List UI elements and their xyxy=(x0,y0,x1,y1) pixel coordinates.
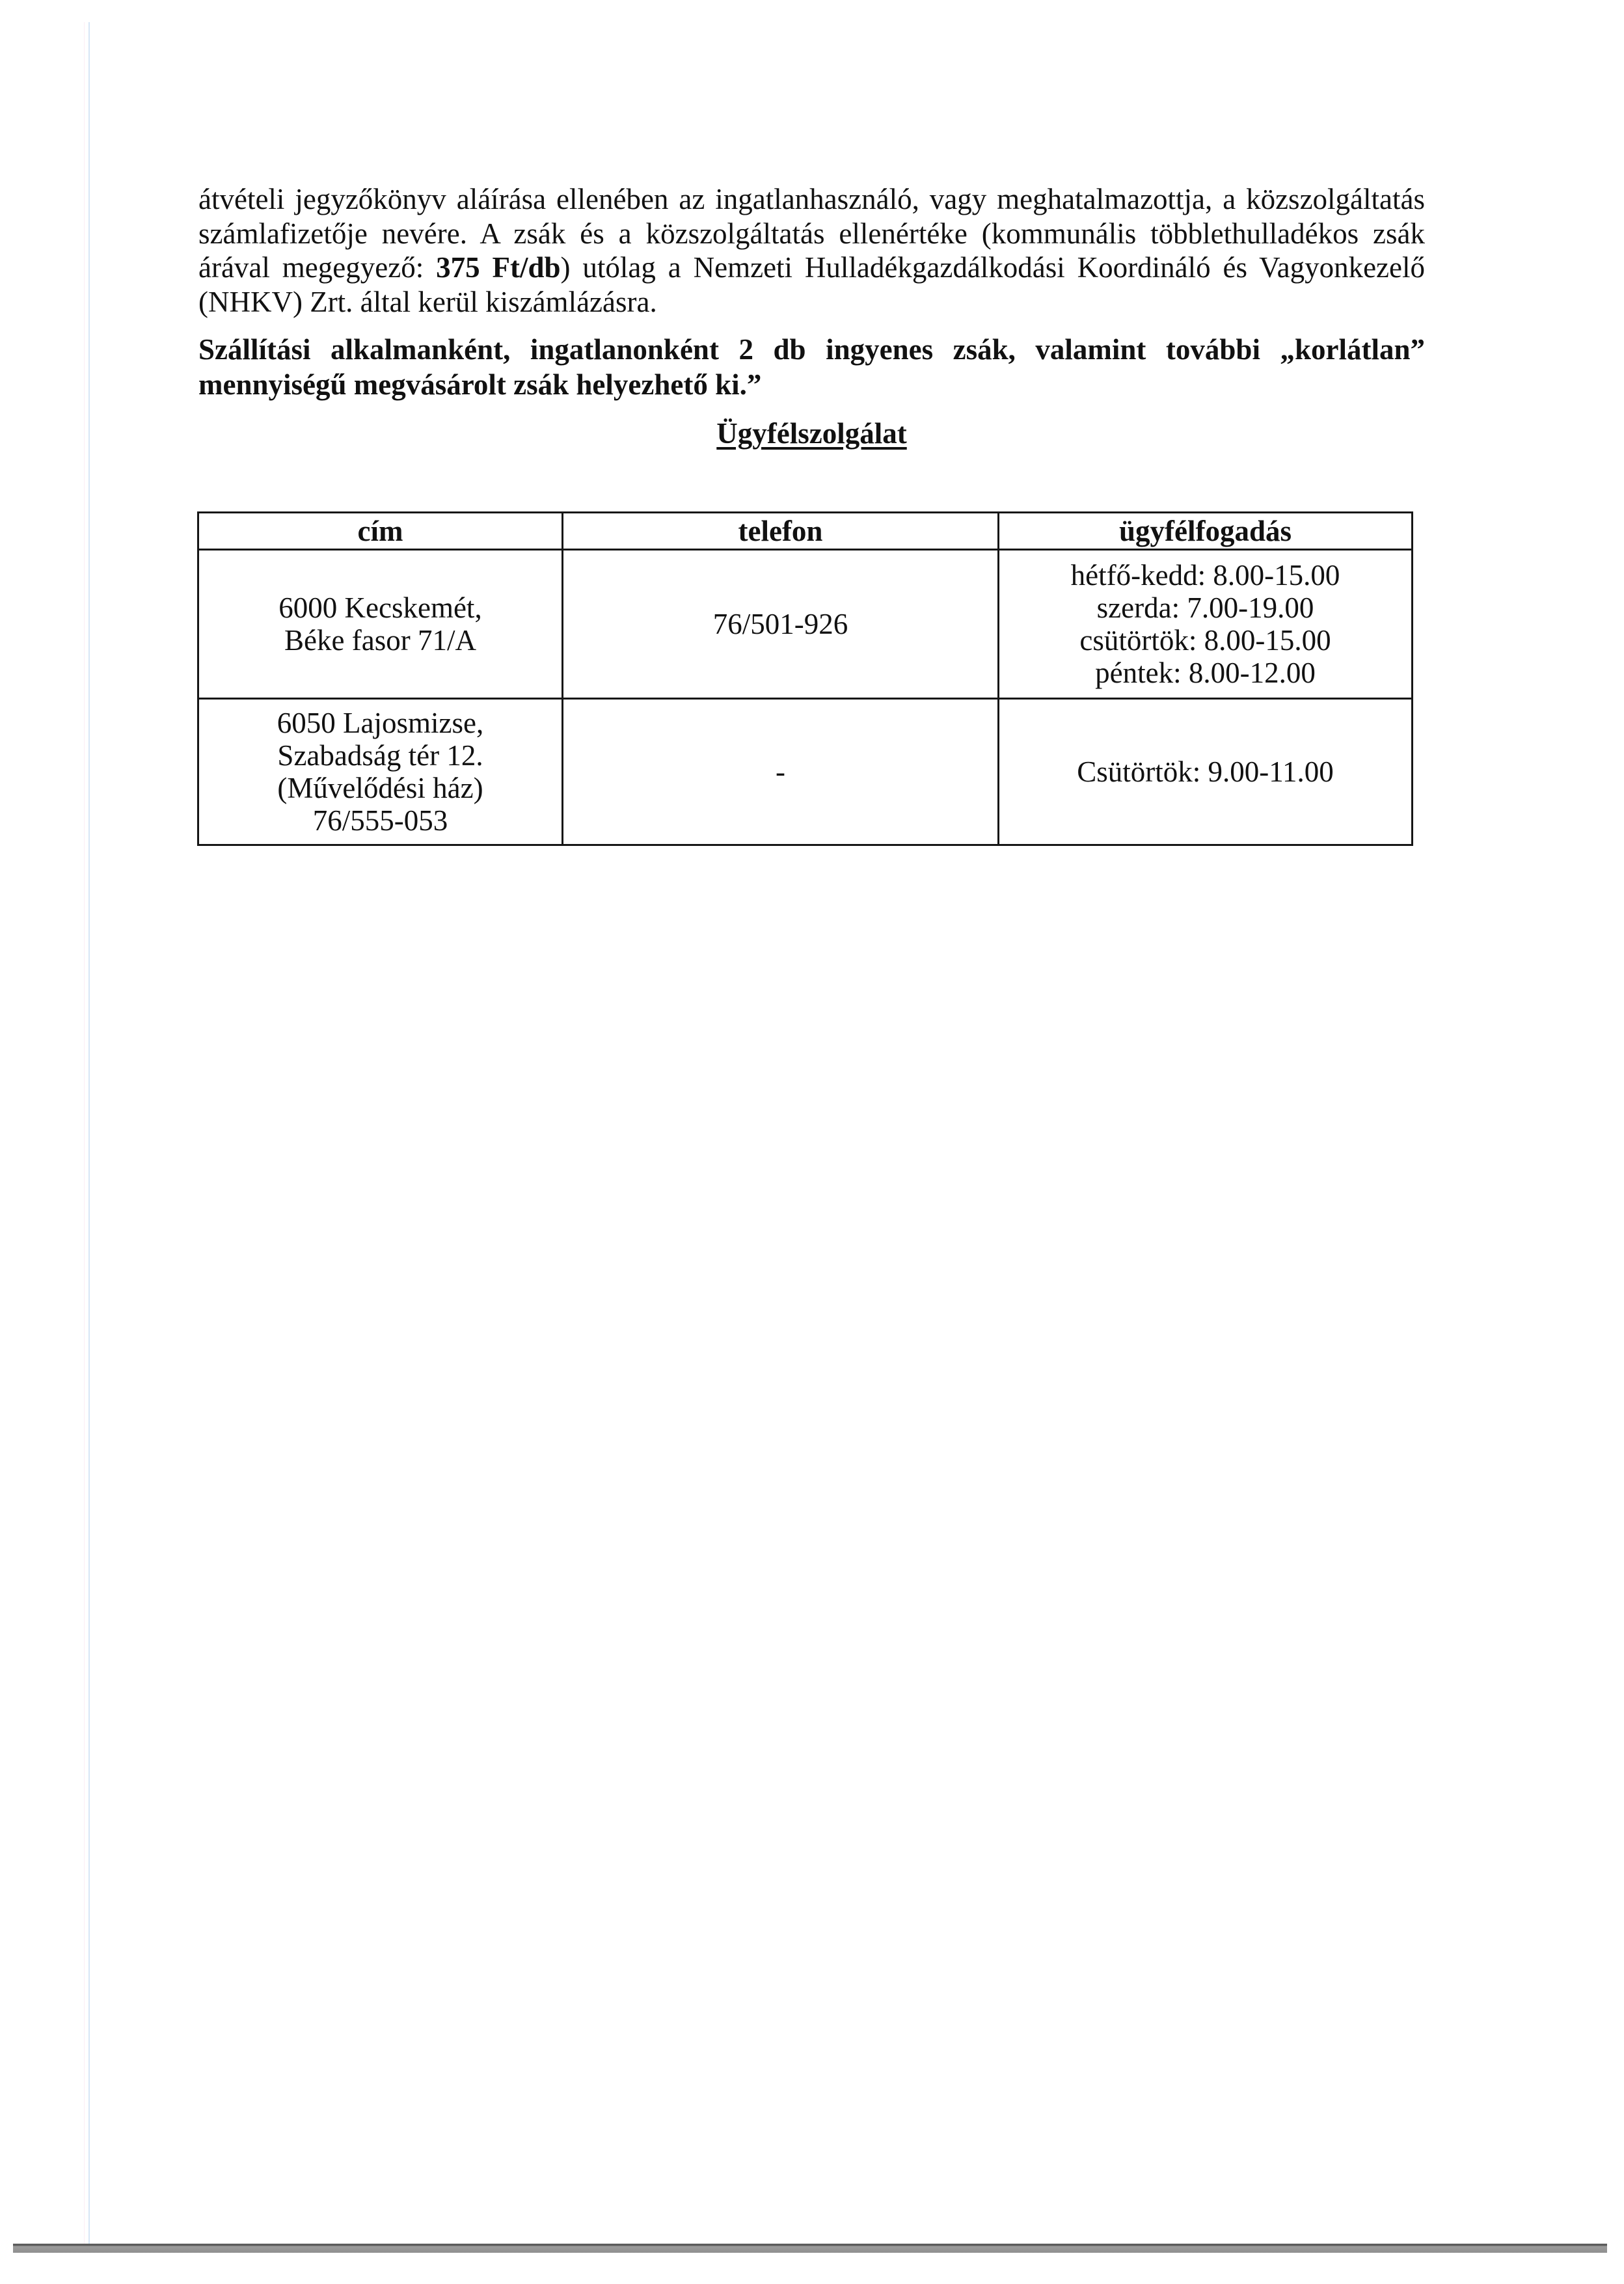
address-line: 6000 Kecskemét, xyxy=(204,591,556,624)
document-body: átvételi jegyzőkönyv aláírása ellenében … xyxy=(198,182,1425,455)
table-header-row: cím telefon ügyfélfogadás xyxy=(198,513,1413,550)
table-row: 6000 Kecskemét, Béke fasor 71/A 76/501-9… xyxy=(198,550,1413,699)
column-header-hours: ügyfélfogadás xyxy=(999,513,1413,550)
address-line: 6050 Lajosmizse, xyxy=(204,707,556,739)
address-line: Szabadság tér 12. xyxy=(204,739,556,772)
heading-container: Ügyfélszolgálat xyxy=(198,416,1425,455)
paragraph-invoice-terms: átvételi jegyzőkönyv aláírása ellenében … xyxy=(198,182,1425,319)
address-cell: 6050 Lajosmizse, Szabadság tér 12. (Műve… xyxy=(198,699,563,845)
hours-line: szerda: 7.00-19.00 xyxy=(1005,591,1406,624)
phone-number: - xyxy=(569,755,992,788)
phone-cell: - xyxy=(563,699,999,845)
section-heading: Ügyfélszolgálat xyxy=(716,416,906,450)
bag-price: 375 Ft/db xyxy=(436,251,560,284)
scan-artifact-line xyxy=(84,22,85,2248)
column-header-phone: telefon xyxy=(563,513,999,550)
hours-line: csütörtök: 8.00-15.00 xyxy=(1005,624,1406,657)
hours-line: péntek: 8.00-12.00 xyxy=(1005,657,1406,689)
column-header-address: cím xyxy=(198,513,563,550)
table-row: 6050 Lajosmizse, Szabadság tér 12. (Műve… xyxy=(198,699,1413,845)
hours-line: hétfő-kedd: 8.00-15.00 xyxy=(1005,559,1406,591)
scan-edge-band xyxy=(13,2244,1607,2253)
phone-cell: 76/501-926 xyxy=(563,550,999,699)
address-line: 76/555-053 xyxy=(204,804,556,837)
scan-artifact-line xyxy=(88,22,90,2248)
hours-line: Csütörtök: 9.00-11.00 xyxy=(1005,755,1406,788)
paragraph-bag-allowance: Szállítási alkalmanként, ingatlanonként … xyxy=(198,332,1425,402)
address-line: Béke fasor 71/A xyxy=(204,624,556,657)
customer-service-table: cím telefon ügyfélfogadás 6000 Kecskemét… xyxy=(197,511,1413,846)
address-cell: 6000 Kecskemét, Béke fasor 71/A xyxy=(198,550,563,699)
address-line: (Művelődési ház) xyxy=(204,772,556,804)
phone-number: 76/501-926 xyxy=(569,608,992,640)
hours-cell: hétfő-kedd: 8.00-15.00 szerda: 7.00-19.0… xyxy=(999,550,1413,699)
hours-cell: Csütörtök: 9.00-11.00 xyxy=(999,699,1413,845)
